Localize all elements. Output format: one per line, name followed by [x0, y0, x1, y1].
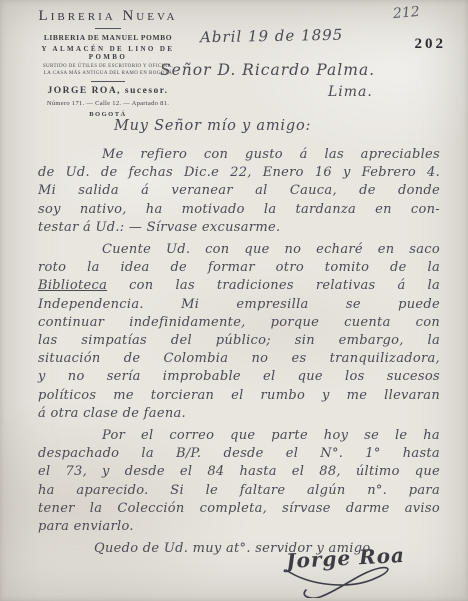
- letterhead-owner-line: LIBRERIA DE MANUEL POMBO: [22, 33, 194, 42]
- letter-line: para enviarlo.: [38, 518, 440, 536]
- letter-paragraph: Por el correo que parte hoy se le hadesp…: [38, 427, 440, 536]
- pencil-folio-number: 212: [393, 4, 421, 22]
- letter-paragraph: Me refiero con gusto á las apreciablesde…: [38, 146, 440, 237]
- underlined-word: Biblioteca: [38, 278, 107, 293]
- letter-addressee-city: Lima.: [328, 84, 373, 100]
- letter-date: Abril 19 de 1895: [200, 26, 344, 46]
- letter-line: Me refiero con gusto á las apreciables: [38, 146, 440, 164]
- letterhead-shop-name: Libreria Nueva: [22, 8, 194, 25]
- stamped-folio-number: 202: [415, 36, 447, 53]
- letter-line: Biblioteca con las tradiciones relativas…: [38, 277, 440, 295]
- letter-body: Me refiero con gusto á las apreciablesde…: [38, 146, 440, 558]
- letter-line: continuar indefinidamente, porque cuenta…: [38, 314, 440, 332]
- letter-line: el 73, y desde el 84 hasta el 88, último…: [38, 463, 440, 481]
- letter-paragraph: Cuente Ud. con que no echaré en sacoroto…: [38, 241, 440, 423]
- letter-line: Por el correo que parte hoy se le ha: [38, 427, 440, 445]
- letterhead-city: BOGOTÁ: [22, 111, 194, 118]
- letter-line: roto la idea de formar otro tomito de la: [38, 259, 440, 277]
- letter-line: Cuente Ud. con que no echaré en saco: [38, 241, 440, 259]
- signature-block: Jorge Roa: [270, 546, 420, 598]
- letterhead-almacen-line: Y ALMACÉN DE LINO DE POMBO: [22, 45, 194, 61]
- letter-line: ha aparecido. Si le faltare algún n°. pa…: [38, 482, 440, 500]
- letter-line: despachado la B/P. desde el N°. 1° hasta: [38, 445, 440, 463]
- letter-line: las simpatías del público; sin embargo, …: [38, 332, 440, 350]
- letterhead-divider: [91, 81, 125, 82]
- scanned-letter-page: Libreria Nueva LIBRERIA DE MANUEL POMBO …: [0, 0, 468, 601]
- letter-line: situación de Colombia no es tranquilizad…: [38, 350, 440, 368]
- letter-line: Mi salida á veranear al Cauca, de donde: [38, 182, 440, 200]
- letter-line: políticos me torcieran el rumbo y me lle…: [38, 387, 440, 405]
- letter-line: y no sería improbable el que los sucesos: [38, 368, 440, 386]
- letterhead-successor-line: JORGE ROA, sucesor.: [22, 86, 194, 96]
- letter-line: Independencia. Mi empresilla se puede: [38, 296, 440, 314]
- letter-line: testar á Ud.: — Sírvase excusarme.: [38, 219, 440, 237]
- letter-line: tener la Colección completa, sírvase dar…: [38, 500, 440, 518]
- letterhead-divider: [95, 28, 121, 29]
- letter-line: de Ud. de fechas Dic.e 22, Enero 16 y Fe…: [38, 164, 440, 182]
- letter-line: á otra clase de faena.: [38, 405, 440, 423]
- letter-line: soy nativo, ha motivado la tardanza en c…: [38, 201, 440, 219]
- letterhead-address-line: Número 171. — Calle 12. — Apartado 81.: [22, 100, 194, 107]
- letter-salutation: Muy Señor mío y amigo:: [114, 118, 311, 134]
- letter-addressee: Señor D. Ricardo Palma.: [160, 61, 375, 79]
